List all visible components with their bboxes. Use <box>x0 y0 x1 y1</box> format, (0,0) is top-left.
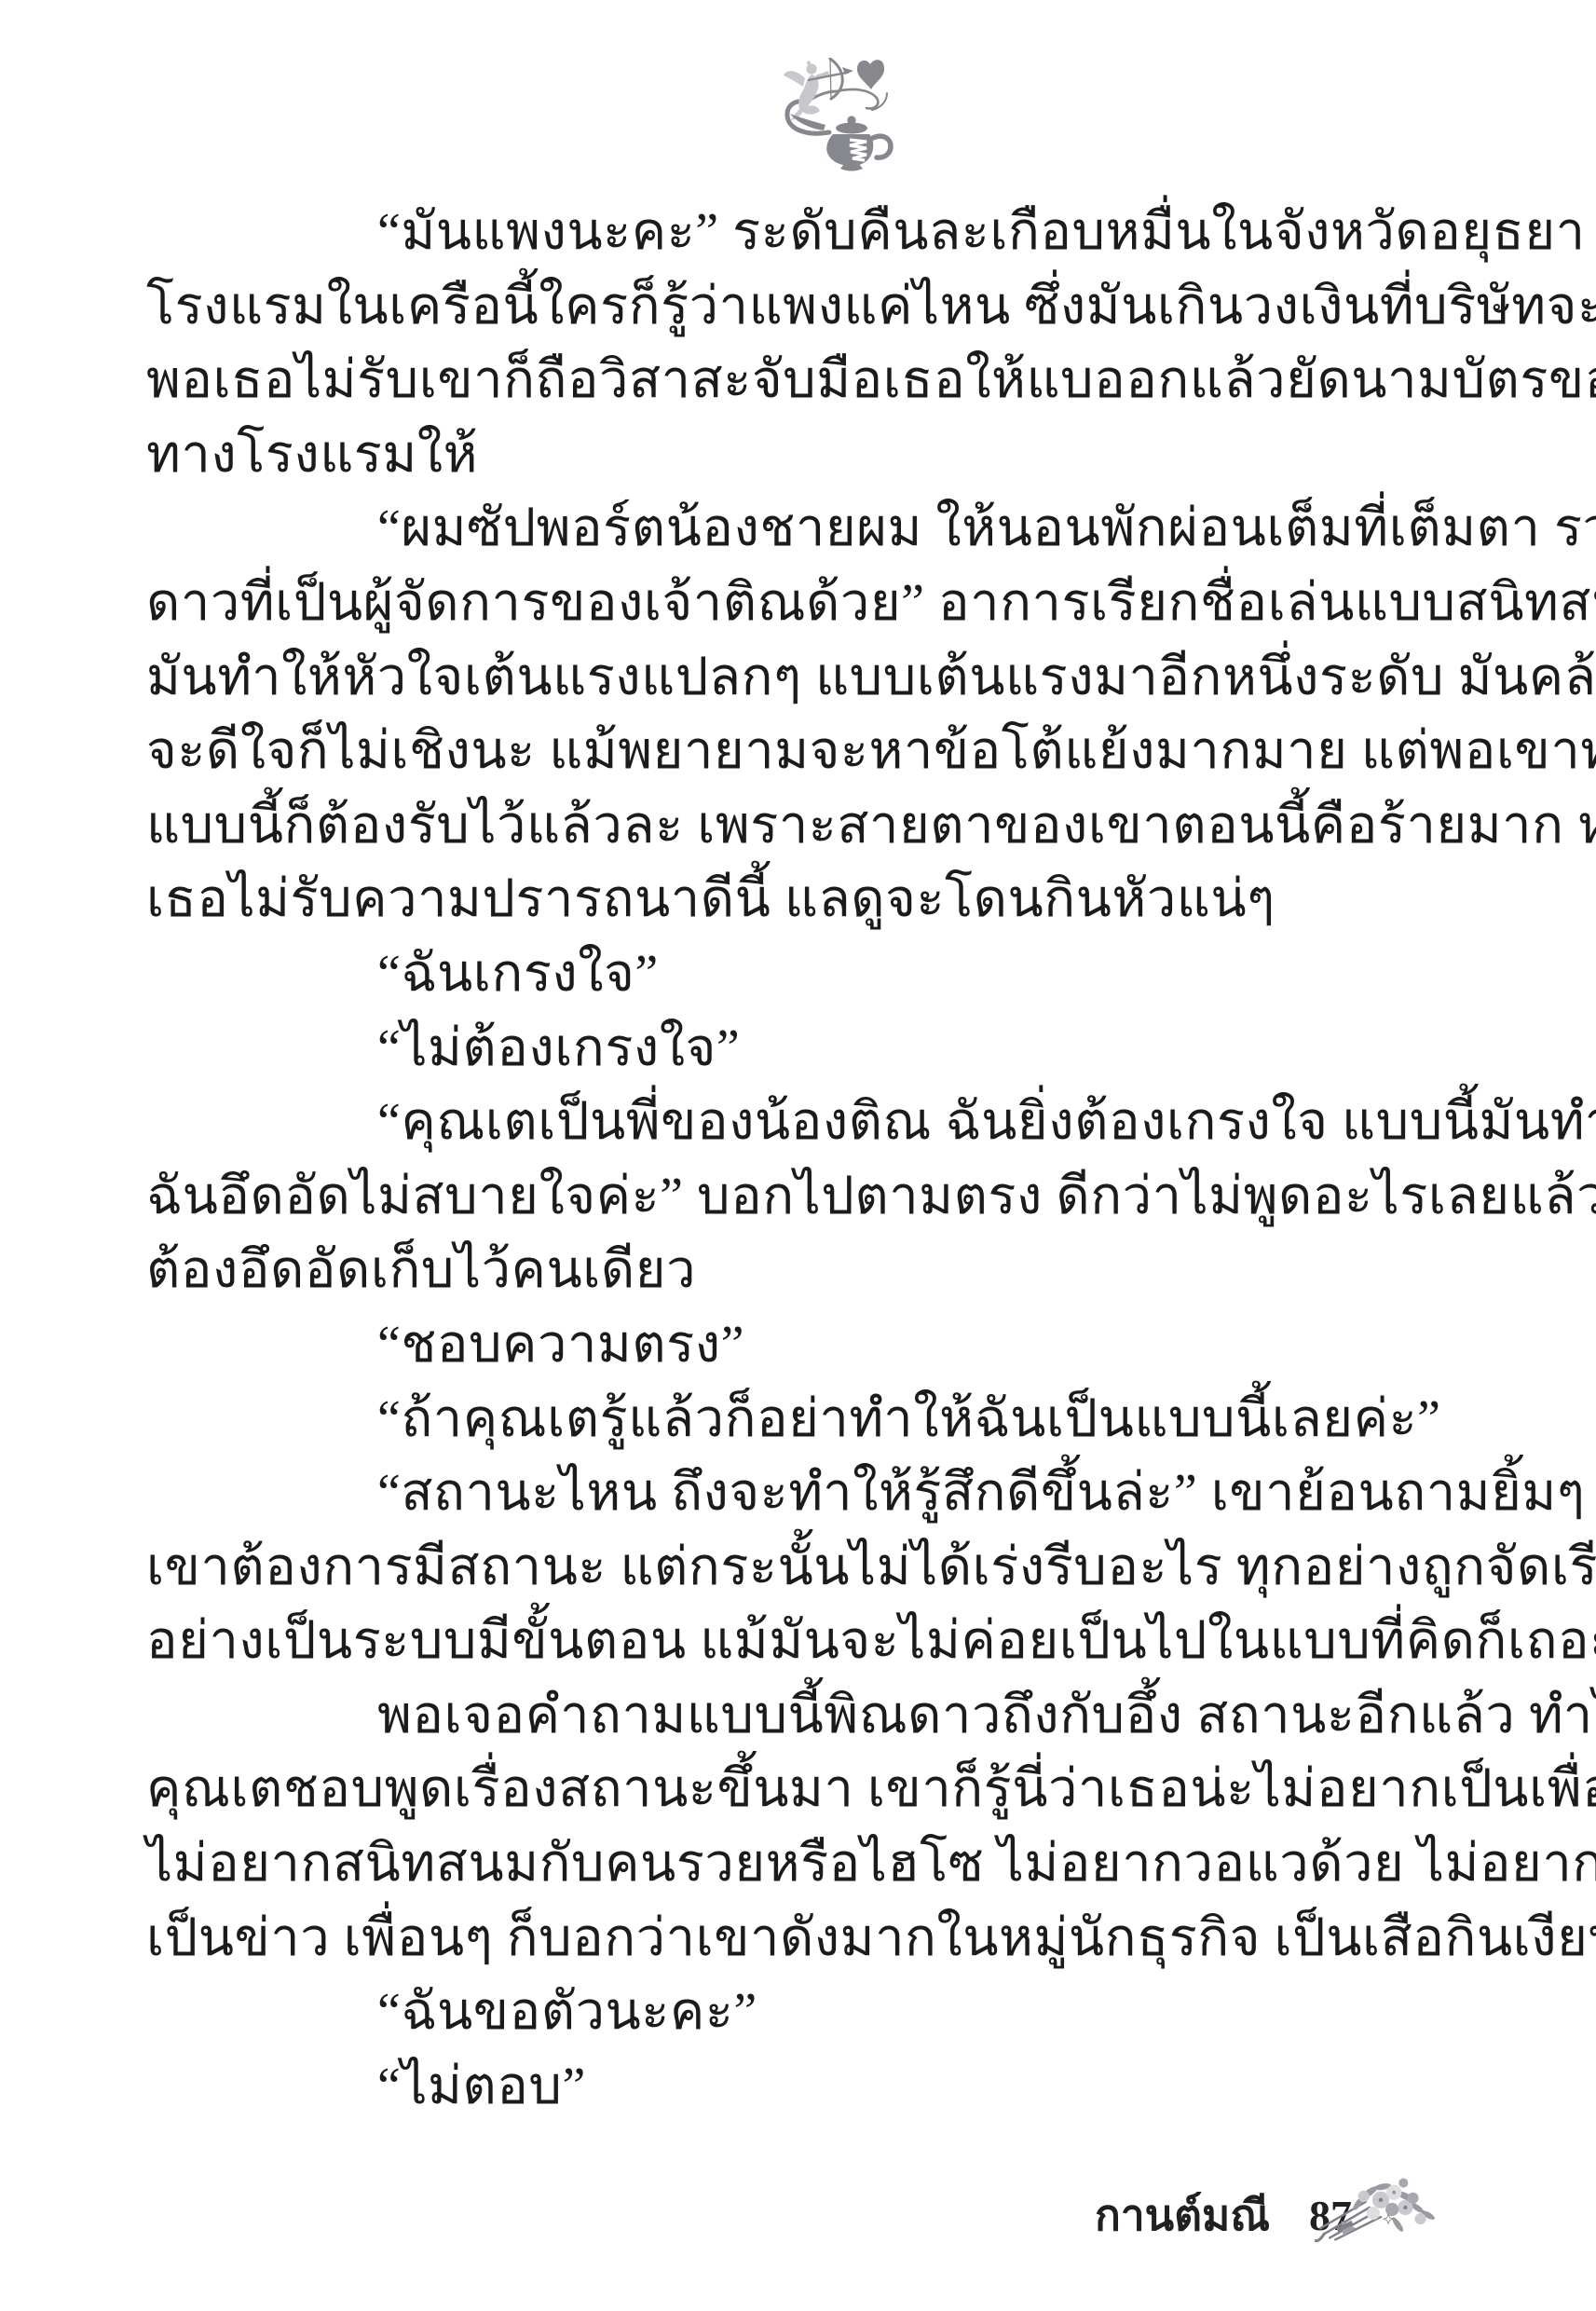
flower-bouquet-icon <box>1315 2175 1449 2246</box>
text-line: อย่างเป็นระบบมีขั้นตอน แม้มันจะไม่ค่อยเป… <box>146 1605 1443 1679</box>
text-line: เขาต้องการมีสถานะ แต่กระนั้นไม่ได้เร่งรี… <box>146 1531 1443 1606</box>
genie-lamp-icon <box>790 114 891 171</box>
text-line: เป็นข่าว เพื่อนๆ ก็บอกว่าเขาดังมากในหมู่… <box>146 1902 1443 1976</box>
text-line: มันทำให้หัวใจเต้นแรงแปลกๆ แบบเต้นแรงมาอี… <box>146 641 1443 716</box>
page-body-text: “มันแพงนะคะ” ระดับคืนละเกือบหมื่นในจังหว… <box>146 196 1443 2124</box>
book-page: “มันแพงนะคะ” ระดับคืนละเกือบหมื่นในจังหว… <box>0 0 1596 2311</box>
text-line: “ฉันเกรงใจ” <box>146 937 1443 1012</box>
text-line: โรงแรมในเครือนี้ใครก็รู้ว่าแพงแค่ไหน ซึ่… <box>146 270 1443 345</box>
genie-lamp-cupid-ornament-icon <box>783 58 894 173</box>
text-line: “ถ้าคุณเตรู้แล้วก็อย่าทำให้ฉันเป็นแบบนี้… <box>146 1383 1443 1457</box>
text-line: คุณเตชอบพูดเรื่องสถานะขึ้นมา เขาก็รู้นี่… <box>146 1753 1443 1827</box>
text-line: “สถานะไหน ถึงจะทำให้รู้สึกดีขึ้นล่ะ” เขา… <box>146 1456 1443 1531</box>
cupid-silhouette <box>784 62 829 121</box>
text-line: เธอไม่รับความปรารถนาดีนี้ แลดูจะโดนกินหั… <box>146 863 1443 937</box>
book-title: กานต์มณี <box>1095 2190 1270 2242</box>
text-line: ฉันอึดอัดไม่สบายใจค่ะ” บอกไปตามตรง ดีกว่… <box>146 1160 1443 1235</box>
text-line: ทางโรงแรมให้ <box>146 418 1443 493</box>
text-line: พอเจอคำถามแบบนี้พิณดาวถึงกับอึ้ง สถานะอี… <box>146 1679 1443 1754</box>
text-line: ไม่อยากสนิทสนมกับคนรวยหรือไฮโซ ไม่อยากวอ… <box>146 1827 1443 1902</box>
text-line: “ฉันขอตัวนะคะ” <box>146 1976 1443 2050</box>
text-line: “คุณเตเป็นพี่ของน้องติณ ฉันยิ่งต้องเกรงใ… <box>146 1086 1443 1160</box>
text-line: “ผมซัปพอร์ตน้องชายผม ให้นอนพักผ่อนเต็มที… <box>146 492 1443 567</box>
text-line: ดาวที่เป็นผู้จัดการของเจ้าติณด้วย” อาการ… <box>146 567 1443 641</box>
text-line: พอเธอไม่รับเขาก็ถือวิสาสะจับมือเธอให้แบอ… <box>146 344 1443 418</box>
text-line: “มันแพงนะคะ” ระดับคืนละเกือบหมื่นในจังหว… <box>146 196 1443 270</box>
heart-icon <box>857 60 884 89</box>
text-line: จะดีใจก็ไม่เชิงนะ แม้พยายามจะหาข้อโต้แย้… <box>146 715 1443 789</box>
text-line: “ชอบความตรง” <box>146 1308 1443 1383</box>
text-line: แบบนี้ก็ต้องรับไว้แล้วละ เพราะสายตาของเข… <box>146 789 1443 864</box>
text-line: ต้องอึดอัดเก็บไว้คนเดียว <box>146 1234 1443 1308</box>
page-footer: กานต์มณี 87 <box>1095 2190 1352 2242</box>
text-line: “ไม่ตอบ” <box>146 2050 1443 2125</box>
text-line: “ไม่ต้องเกรงใจ” <box>146 1012 1443 1087</box>
